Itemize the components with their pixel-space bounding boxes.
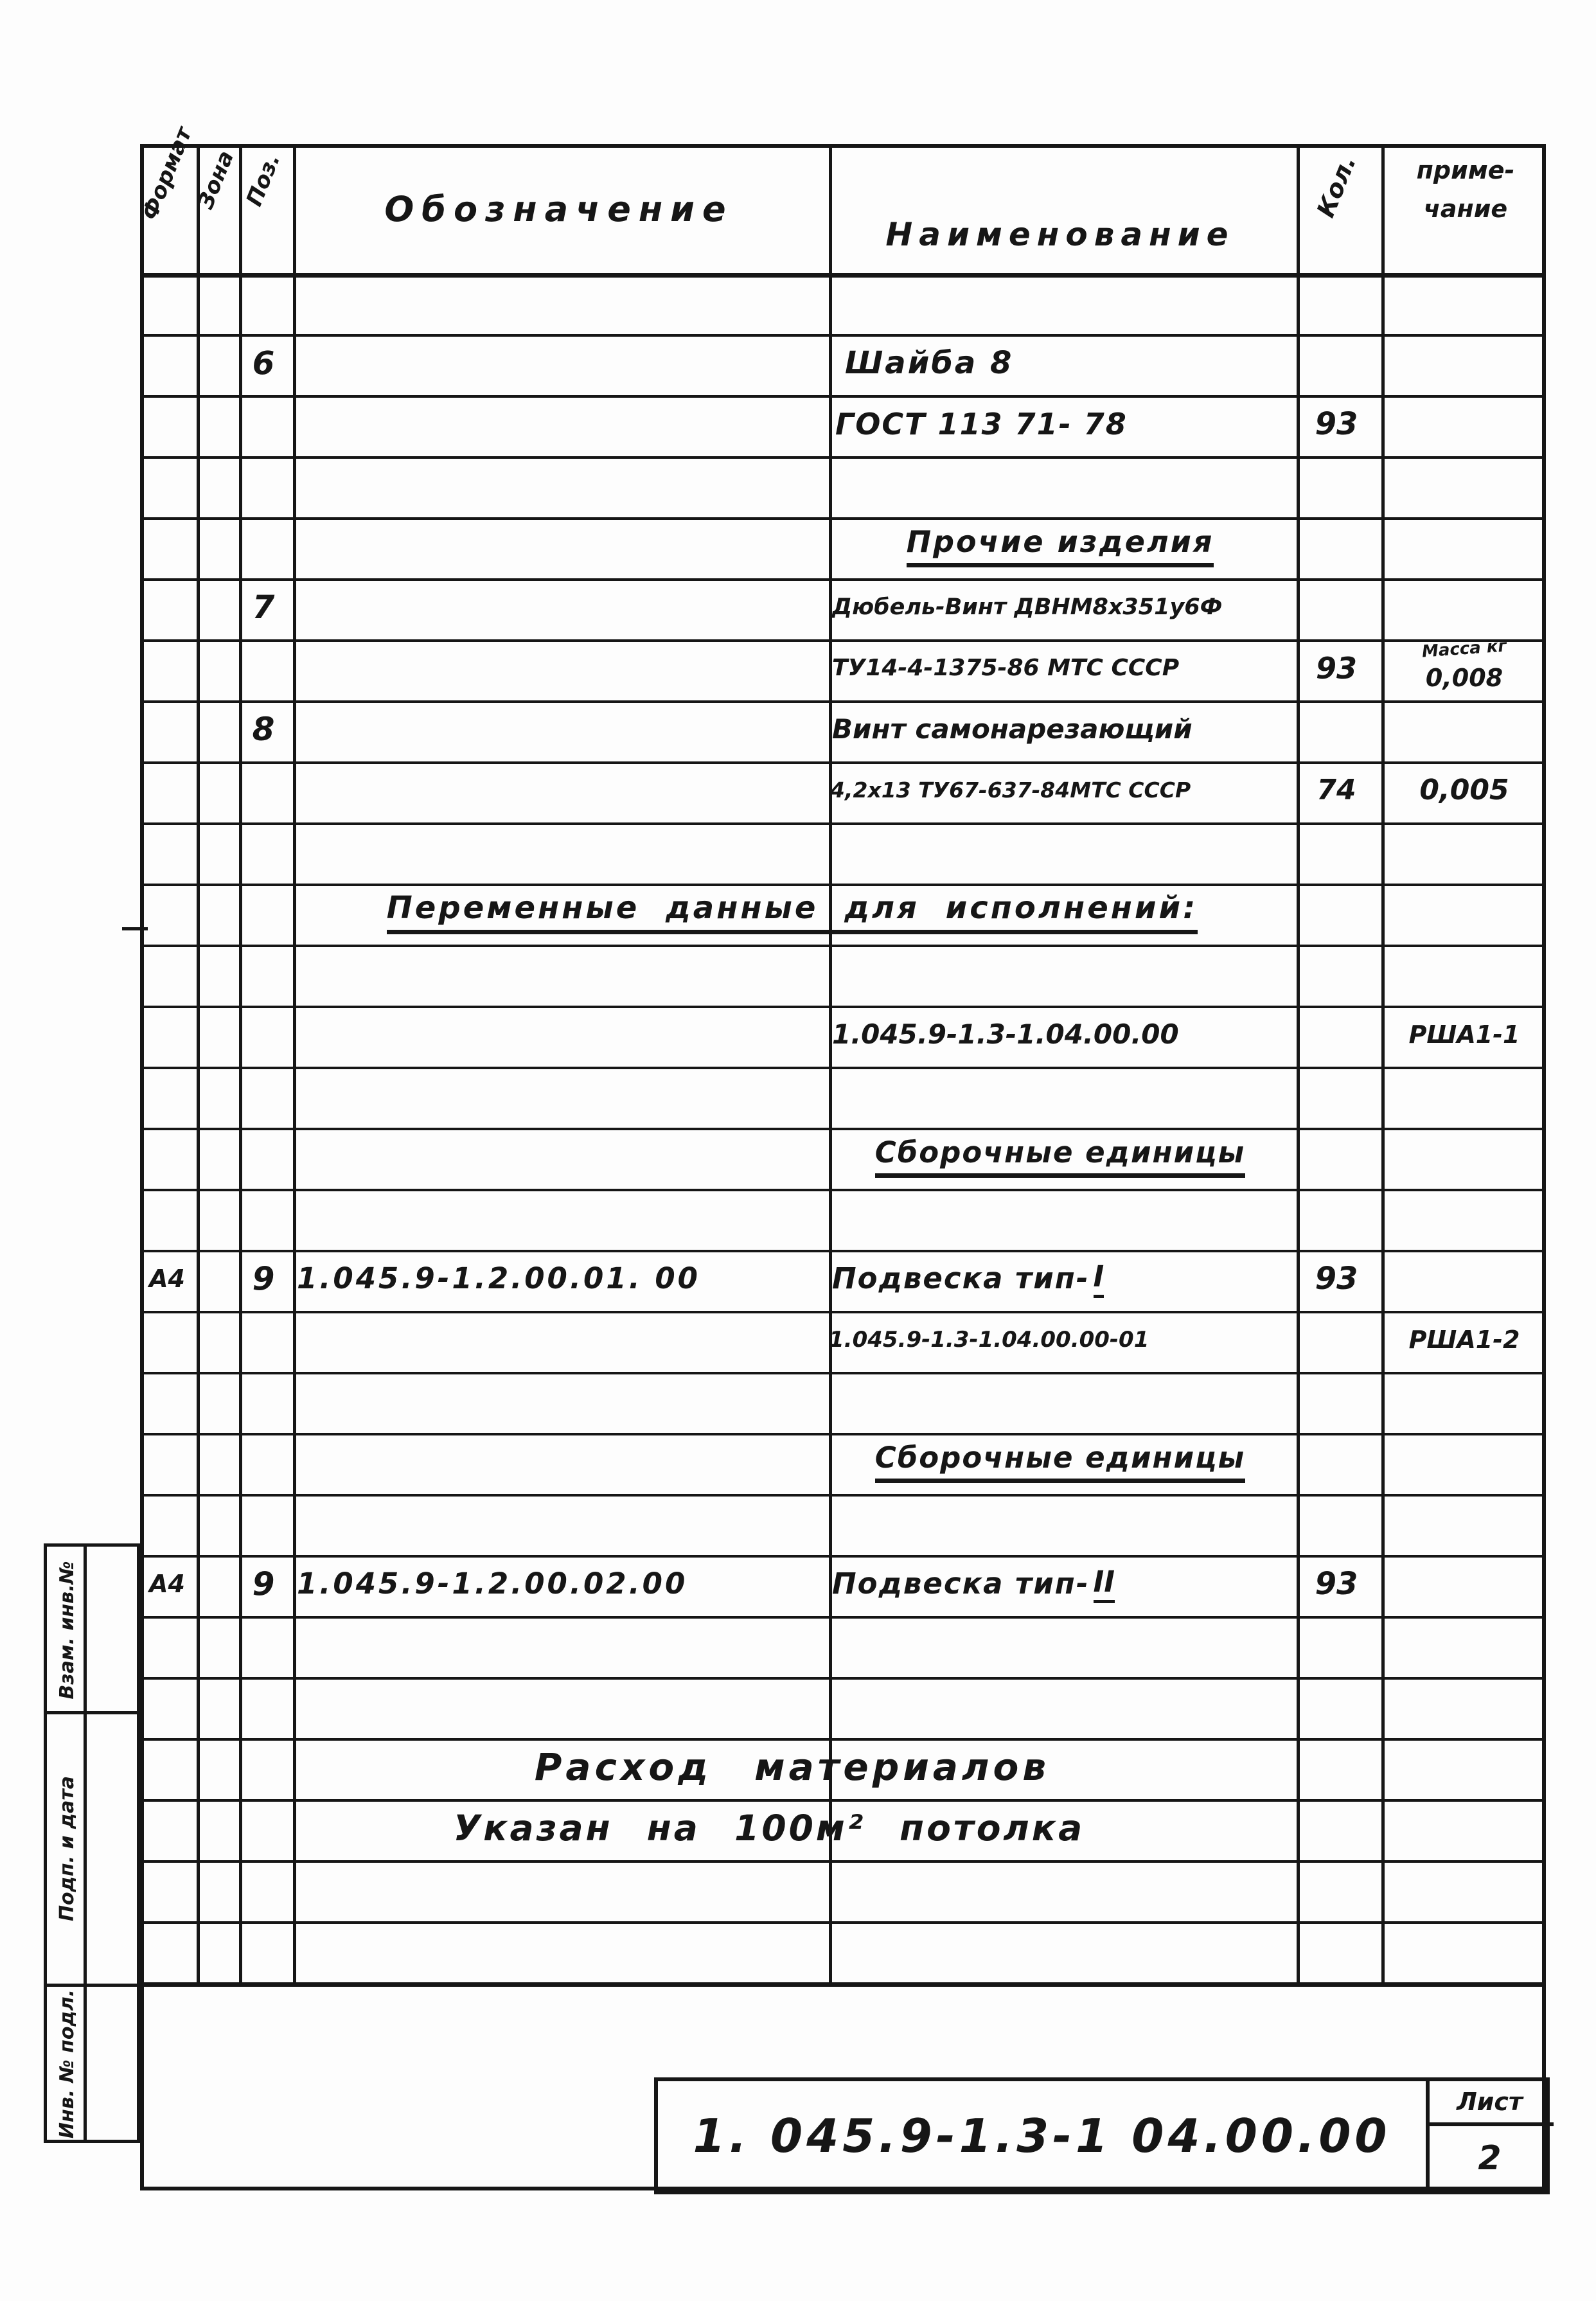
section-prochie-title: Прочие изделия bbox=[907, 524, 1214, 567]
grid-row-line bbox=[144, 1494, 1542, 1497]
row-podveska1-type-numeral: I bbox=[1094, 1259, 1104, 1298]
header-name: Наименование bbox=[835, 206, 1285, 263]
row-rsha1-note: РША1-1 bbox=[1379, 1004, 1550, 1065]
grid-row-line bbox=[144, 1921, 1542, 1924]
section-peremennye-title: Переменные данные для исполнений: bbox=[387, 890, 1198, 934]
row-rsha2-note: РША1-2 bbox=[1379, 1309, 1550, 1370]
section-sborochnye2: Сборочные единицы bbox=[826, 1431, 1294, 1492]
sidebar-label-inv: Инв. № подл. bbox=[54, 2016, 80, 2112]
header-note-line1: приме- bbox=[1385, 154, 1546, 186]
sidebar-divider-2 bbox=[47, 1984, 137, 1987]
row-podveska1-name-cell: Подвеска тип- I bbox=[832, 1248, 1243, 1309]
sidebar-label-vzam: Взам. инв.№ bbox=[54, 1582, 80, 1678]
grid-row-line bbox=[144, 945, 1542, 947]
col-line-zone bbox=[239, 148, 242, 1984]
row-podveska1-format: А4 bbox=[140, 1248, 194, 1309]
row-podveska2-qty: 93 bbox=[1294, 1553, 1379, 1614]
note-rashod-line1: Расход материалов bbox=[290, 1736, 1294, 1797]
row-tu14-note-value: 0,008 bbox=[1381, 662, 1547, 694]
grid-row-line bbox=[144, 822, 1542, 825]
grid-row-line bbox=[144, 456, 1542, 459]
row-vint-name: Винт самонарезающий bbox=[832, 698, 1291, 760]
row-podveska1-name: Подвеска тип- bbox=[832, 1261, 1090, 1295]
sheet-label: Лист bbox=[1430, 2081, 1550, 2122]
row-podveska2-format: А4 bbox=[140, 1553, 194, 1614]
row-rsha1-name: 1.045.9-1.3-1.04.00.00 bbox=[832, 1004, 1291, 1065]
section-sborochnye2-title: Сборочные единицы bbox=[875, 1441, 1245, 1483]
col-line-designation bbox=[829, 148, 832, 1984]
sidebar-label-podp: Подп. и дата bbox=[54, 1800, 80, 1897]
row-podveska2-type-numeral: II bbox=[1094, 1565, 1115, 1603]
row-dyubel-pos: 7 bbox=[236, 576, 290, 637]
frame-tick-mark bbox=[122, 927, 148, 930]
section-peremennye: Переменные данные для исполнений: bbox=[290, 882, 1294, 943]
row-podveska1-qty: 93 bbox=[1294, 1248, 1379, 1309]
row-gost-qty: 93 bbox=[1294, 393, 1379, 454]
row-podveska2-name: Подвеска тип- bbox=[832, 1567, 1090, 1601]
header-note-line2: чание bbox=[1385, 193, 1546, 225]
sheet-number: 2 bbox=[1430, 2126, 1550, 2190]
row-podveska2-name-cell: Подвеска тип- II bbox=[832, 1553, 1243, 1614]
row-podveska2-designation: 1.045.9-1.2.00.02.00 bbox=[297, 1553, 811, 1614]
title-block: 1. 045.9-1.3-1 04.00.00 Лист 2 bbox=[654, 2077, 1550, 2194]
header-designation: Обозначение bbox=[321, 180, 797, 238]
grid-row-line bbox=[144, 1860, 1542, 1863]
grid-bottom-line bbox=[144, 1982, 1542, 1987]
grid-row-line bbox=[144, 1616, 1542, 1619]
grid-row-line bbox=[144, 1372, 1542, 1374]
section-sborochnye1-title: Сборочные единицы bbox=[875, 1135, 1245, 1178]
stamp-sidebar: Взам. инв.№ Подп. и дата Инв. № подл. bbox=[44, 1543, 140, 2143]
title-block-designation: 1. 045.9-1.3-1 04.00.00 bbox=[658, 2081, 1426, 2190]
note-rashod-line2: Указан на 100м² потолка bbox=[244, 1797, 1294, 1858]
row-tu67-name: 4,2х13 ТУ67-637-84МТС СССР bbox=[830, 760, 1294, 821]
row-gost-name: ГОСТ 113 71- 78 bbox=[835, 393, 1291, 454]
sidebar-divider-1 bbox=[47, 1711, 137, 1714]
grid-row-line bbox=[144, 1067, 1542, 1069]
col-line-pos bbox=[293, 148, 296, 1984]
row-shayba-pos: 6 bbox=[236, 332, 290, 393]
grid-row-line bbox=[144, 334, 1542, 337]
row-tu67-note: 0,005 bbox=[1379, 760, 1550, 821]
row-rsha2-name: 1.045.9-1.3-1.04.00.00-01 bbox=[829, 1309, 1293, 1370]
header-bottom-line bbox=[144, 273, 1542, 278]
sidebar-divider-vertical bbox=[84, 1547, 87, 2140]
col-line-format bbox=[197, 148, 200, 1984]
row-shayba-name: Шайба 8 bbox=[845, 332, 1288, 393]
row-tu67-qty: 74 bbox=[1294, 760, 1379, 821]
scanned-specification-sheet: Формат Зона Поз. Обозначение Наименовани… bbox=[0, 0, 1596, 2301]
grid-row-line bbox=[144, 1677, 1542, 1680]
row-podveska1-designation: 1.045.9-1.2.00.01. 00 bbox=[297, 1248, 811, 1309]
row-tu14-qty: 93 bbox=[1294, 637, 1379, 698]
row-podveska2-pos: 9 bbox=[236, 1553, 290, 1614]
section-prochie: Прочие изделия bbox=[826, 515, 1294, 576]
section-sborochnye1: Сборочные единицы bbox=[826, 1126, 1294, 1187]
row-podveska1-pos: 9 bbox=[236, 1248, 290, 1309]
col-line-qty bbox=[1381, 148, 1385, 1984]
grid-row-line bbox=[144, 1189, 1542, 1191]
row-tu14-name: ТУ14-4-1375-86 МТС СССР bbox=[832, 637, 1291, 698]
row-vint-pos: 8 bbox=[236, 698, 290, 760]
row-dyubel-name: Дюбель-Винт ДВНМ8х351у6Ф bbox=[832, 576, 1291, 637]
